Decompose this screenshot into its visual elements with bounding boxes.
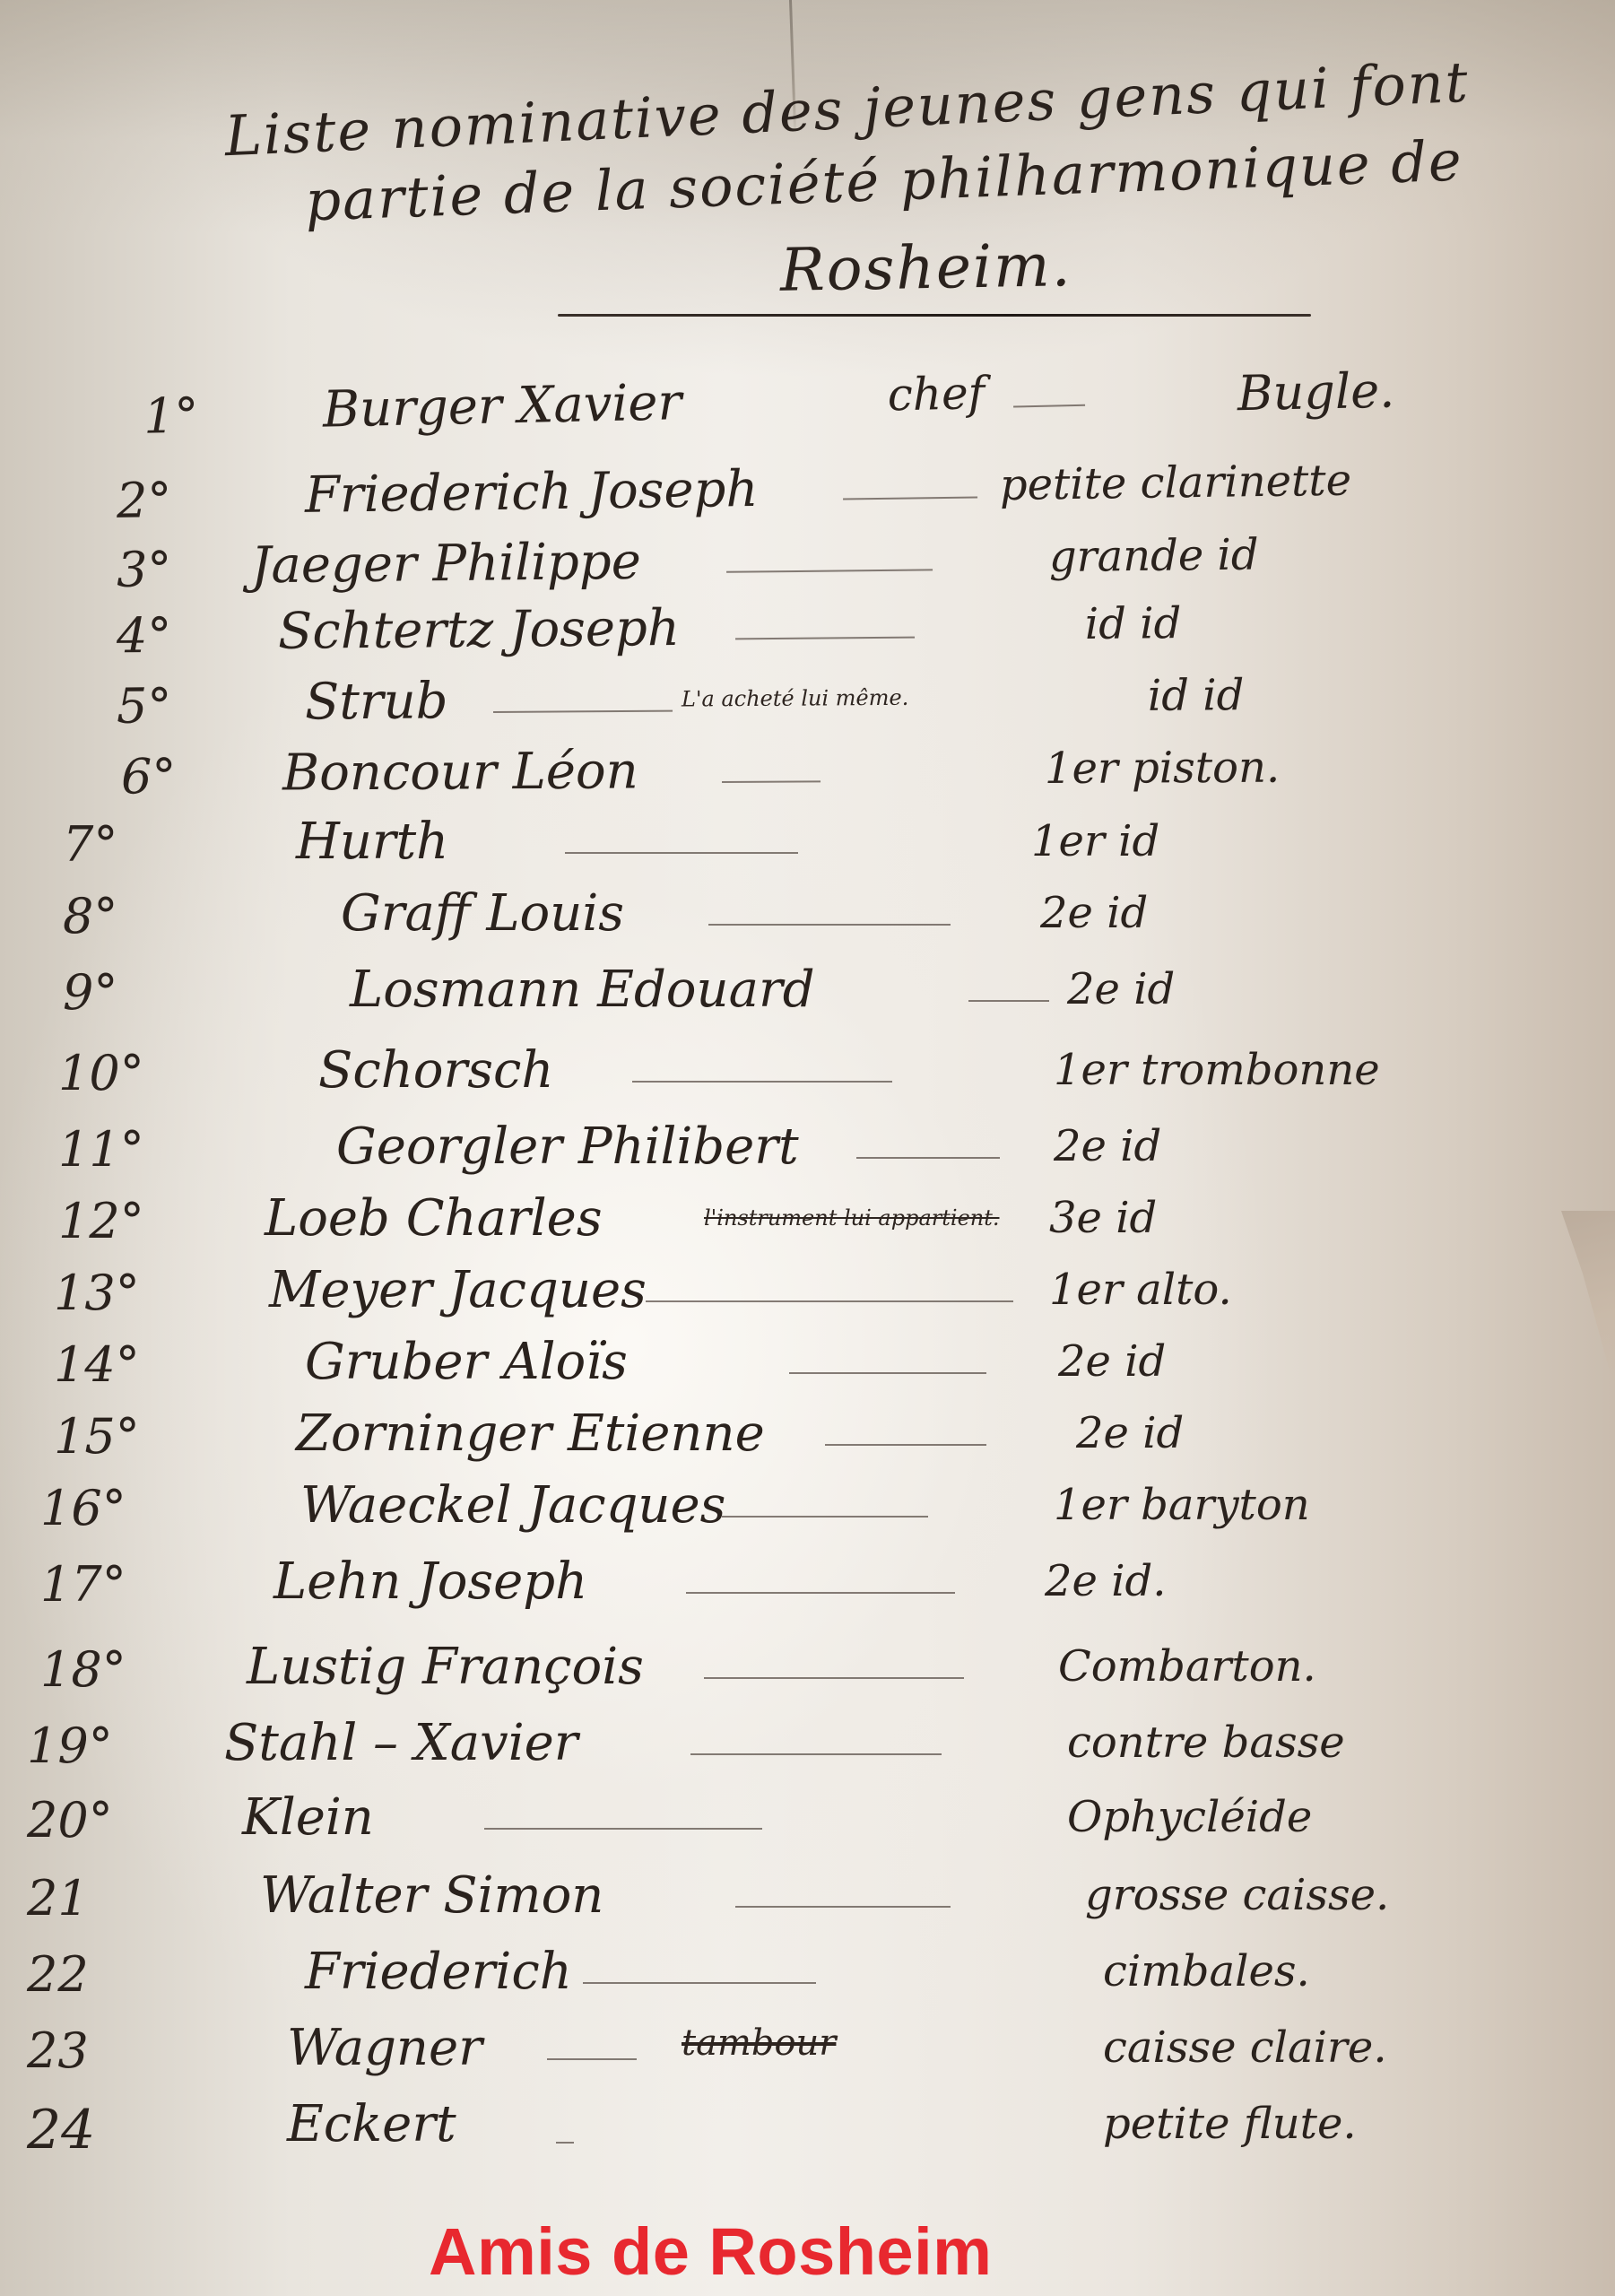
- entry-instrument: 1er alto.: [1049, 1265, 1232, 1315]
- entry-instrument: 2e id: [1058, 1336, 1166, 1387]
- entry-number: 18°: [40, 1641, 157, 1698]
- entry-name: Georgler Philibert: [336, 1118, 799, 1176]
- entry-number: 20°: [27, 1792, 143, 1848]
- entry-number: 11°: [58, 1121, 175, 1178]
- entry-instrument: Bugle.: [1237, 362, 1395, 422]
- list-item: 20° Klein Ophycléide: [27, 1792, 1551, 1857]
- entry-number: 23: [27, 2022, 143, 2079]
- entry-number: 15°: [54, 1408, 170, 1465]
- entry-name: Jaeger Philippe: [251, 533, 642, 596]
- entry-name: Gruber Aloïs: [305, 1333, 628, 1391]
- entry-role: chef: [887, 367, 985, 421]
- list-item: 18° Lustig François Combarton.: [40, 1641, 1565, 1706]
- list-item: 21 Walter Simon grosse caisse.: [27, 1870, 1551, 1935]
- entry-number: 2°: [117, 471, 234, 529]
- list-item: 19° Stahl – Xavier contre basse: [27, 1718, 1551, 1782]
- entry-instrument: id id: [1148, 670, 1245, 721]
- entry-instrument: 2e id: [1040, 888, 1148, 938]
- leader-dash: [484, 1828, 762, 1830]
- entry-number: 9°: [63, 964, 179, 1021]
- entry-number: 6°: [121, 748, 238, 805]
- entry-name: Schorsch: [318, 1041, 553, 1100]
- leader-dash: [968, 1000, 1049, 1002]
- entry-instrument: cimbales.: [1103, 1946, 1310, 1996]
- entry-number: 19°: [27, 1718, 143, 1774]
- entry-number: 14°: [54, 1336, 170, 1393]
- list-item: 15° Zorninger Etienne 2e id: [54, 1408, 1578, 1473]
- entry-instrument: 1er id: [1031, 816, 1159, 866]
- entry-instrument: 1er trombonne: [1054, 1045, 1380, 1095]
- entry-instrument: 1er piston.: [1045, 743, 1281, 794]
- entry-name: Klein: [242, 1788, 374, 1847]
- entry-name: Lustig François: [247, 1638, 644, 1696]
- entry-number: 1°: [143, 386, 260, 445]
- leader-dash: [547, 2058, 637, 2060]
- list-item: 7° Hurth 1er id: [63, 816, 1587, 881]
- entry-number: 16°: [40, 1480, 157, 1536]
- entry-note: L'a acheté lui même.: [682, 685, 909, 712]
- entry-instrument: petite clarinette: [999, 456, 1351, 510]
- entry-number: 5°: [117, 677, 233, 735]
- list-item: 23 Wagner tambour caisse claire.: [27, 2022, 1551, 2087]
- entry-name: Loeb Charles: [265, 1189, 603, 1248]
- entry-instrument: id id: [1085, 598, 1182, 649]
- leader-dash: [704, 1677, 964, 1679]
- list-item: 13° Meyer Jacques 1er alto.: [54, 1265, 1578, 1329]
- entry-name: Eckert: [287, 2095, 456, 2153]
- entry-number: 22: [27, 1946, 143, 2003]
- entry-note: l'instrument lui appartient.: [704, 1205, 1000, 1231]
- list-item: 24 Eckert petite flute.: [27, 2099, 1551, 2163]
- entry-note: tambour: [682, 2022, 836, 2064]
- entry-name: Lehn Joseph: [274, 1552, 587, 1611]
- entry-name: Schtertz Joseph: [278, 599, 681, 661]
- entry-instrument: contre basse: [1067, 1718, 1345, 1768]
- list-item: 6° Boncour Léon 1er piston.: [121, 741, 1615, 813]
- leader-dash: [556, 2142, 574, 2144]
- entry-name: Zorninger Etienne: [296, 1405, 765, 1463]
- leader-dash: [1013, 404, 1085, 408]
- entry-name: Wagner: [287, 2019, 482, 2077]
- list-item: 1° Burger Xavier chef Bugle.: [143, 356, 1615, 453]
- entry-instrument: 2e id.: [1045, 1556, 1167, 1606]
- entry-number: 7°: [63, 816, 179, 873]
- entry-instrument: petite flute.: [1103, 2099, 1357, 2149]
- leader-dash: [708, 924, 951, 926]
- entry-name: Waeckel Jacques: [300, 1476, 725, 1535]
- entry-name: Friederich Joseph: [305, 460, 759, 525]
- list-item: 8° Graff Louis 2e id: [63, 888, 1587, 952]
- entry-instrument: Ophycléide: [1067, 1792, 1312, 1842]
- entry-instrument: grande id: [1049, 530, 1259, 582]
- entry-number: 24: [27, 2099, 143, 2161]
- leader-dash: [789, 1372, 986, 1374]
- entry-number: 17°: [40, 1556, 157, 1613]
- list-item: 11° Georgler Philibert 2e id: [58, 1121, 1583, 1186]
- entry-name: Burger Xavier: [322, 373, 682, 439]
- leader-dash: [722, 780, 821, 783]
- entry-instrument: grosse caisse.: [1085, 1870, 1389, 1920]
- entry-instrument: 2e id: [1076, 1408, 1184, 1458]
- leader-dash: [856, 1157, 1000, 1159]
- entry-number: 21: [27, 1870, 143, 1926]
- entry-name: Walter Simon: [260, 1866, 603, 1925]
- entry-number: 13°: [54, 1265, 170, 1321]
- leader-dash: [686, 1592, 955, 1594]
- list-item: 10° Schorsch 1er trombonne: [58, 1045, 1583, 1109]
- leader-dash: [735, 1906, 951, 1908]
- leader-dash: [735, 637, 915, 640]
- entry-number: 4°: [117, 606, 234, 664]
- entry-name: Strub: [305, 672, 448, 731]
- entry-instrument: 2e id: [1067, 964, 1175, 1014]
- leader-dash: [565, 852, 798, 854]
- list-item: 22 Friederich cimbales.: [27, 1946, 1551, 2011]
- entry-name: Graff Louis: [341, 884, 624, 943]
- member-list: 1° Burger Xavier chef Bugle. 2° Friederi…: [0, 0, 1615, 2296]
- entry-name: Friederich: [305, 1943, 572, 2001]
- list-item: 9° Losmann Edouard 2e id: [63, 964, 1587, 1029]
- watermark-amis-de-rosheim: Amis de Rosheim: [429, 2213, 992, 2290]
- list-item: 2° Friederich Joseph petite clarinette: [117, 451, 1615, 537]
- leader-dash: [722, 1516, 928, 1518]
- leader-dash: [493, 710, 673, 713]
- entry-instrument: 3e id: [1049, 1193, 1157, 1243]
- list-item: 17° Lehn Joseph 2e id.: [40, 1556, 1565, 1621]
- entry-instrument: 1er baryton: [1054, 1480, 1310, 1530]
- entry-name: Meyer Jacques: [269, 1261, 647, 1319]
- leader-dash: [583, 1982, 816, 1984]
- list-item: 4° Schtertz Joseph id id: [117, 595, 1615, 673]
- entry-number: 3°: [117, 541, 234, 598]
- leader-dash: [690, 1753, 942, 1755]
- leader-dash: [843, 496, 977, 500]
- entry-name: Losmann Edouard: [350, 961, 815, 1019]
- list-item: 3° Jaeger Philippe grande id: [117, 526, 1615, 606]
- entry-number: 10°: [58, 1045, 175, 1101]
- entry-instrument: 2e id: [1054, 1121, 1161, 1171]
- leader-dash: [825, 1444, 986, 1446]
- entry-number: 12°: [58, 1193, 175, 1249]
- entry-instrument: caisse claire.: [1103, 2022, 1387, 2073]
- leader-dash: [632, 1081, 892, 1083]
- list-item: 5° Strub L'a acheté lui même. id id: [117, 667, 1615, 743]
- entry-number: 8°: [63, 888, 179, 944]
- list-item: 14° Gruber Aloïs 2e id: [54, 1336, 1578, 1401]
- list-item: 16° Waeckel Jacques 1er baryton: [40, 1480, 1565, 1544]
- entry-name: Boncour Léon: [282, 742, 638, 802]
- entry-instrument: Combarton.: [1058, 1641, 1316, 1692]
- leader-dash: [726, 569, 933, 572]
- entry-name: Stahl – Xavier: [224, 1714, 578, 1772]
- list-item: 12° Loeb Charles l'instrument lui appart…: [58, 1193, 1583, 1257]
- leader-dash: [646, 1300, 1013, 1302]
- entry-name: Hurth: [296, 813, 448, 871]
